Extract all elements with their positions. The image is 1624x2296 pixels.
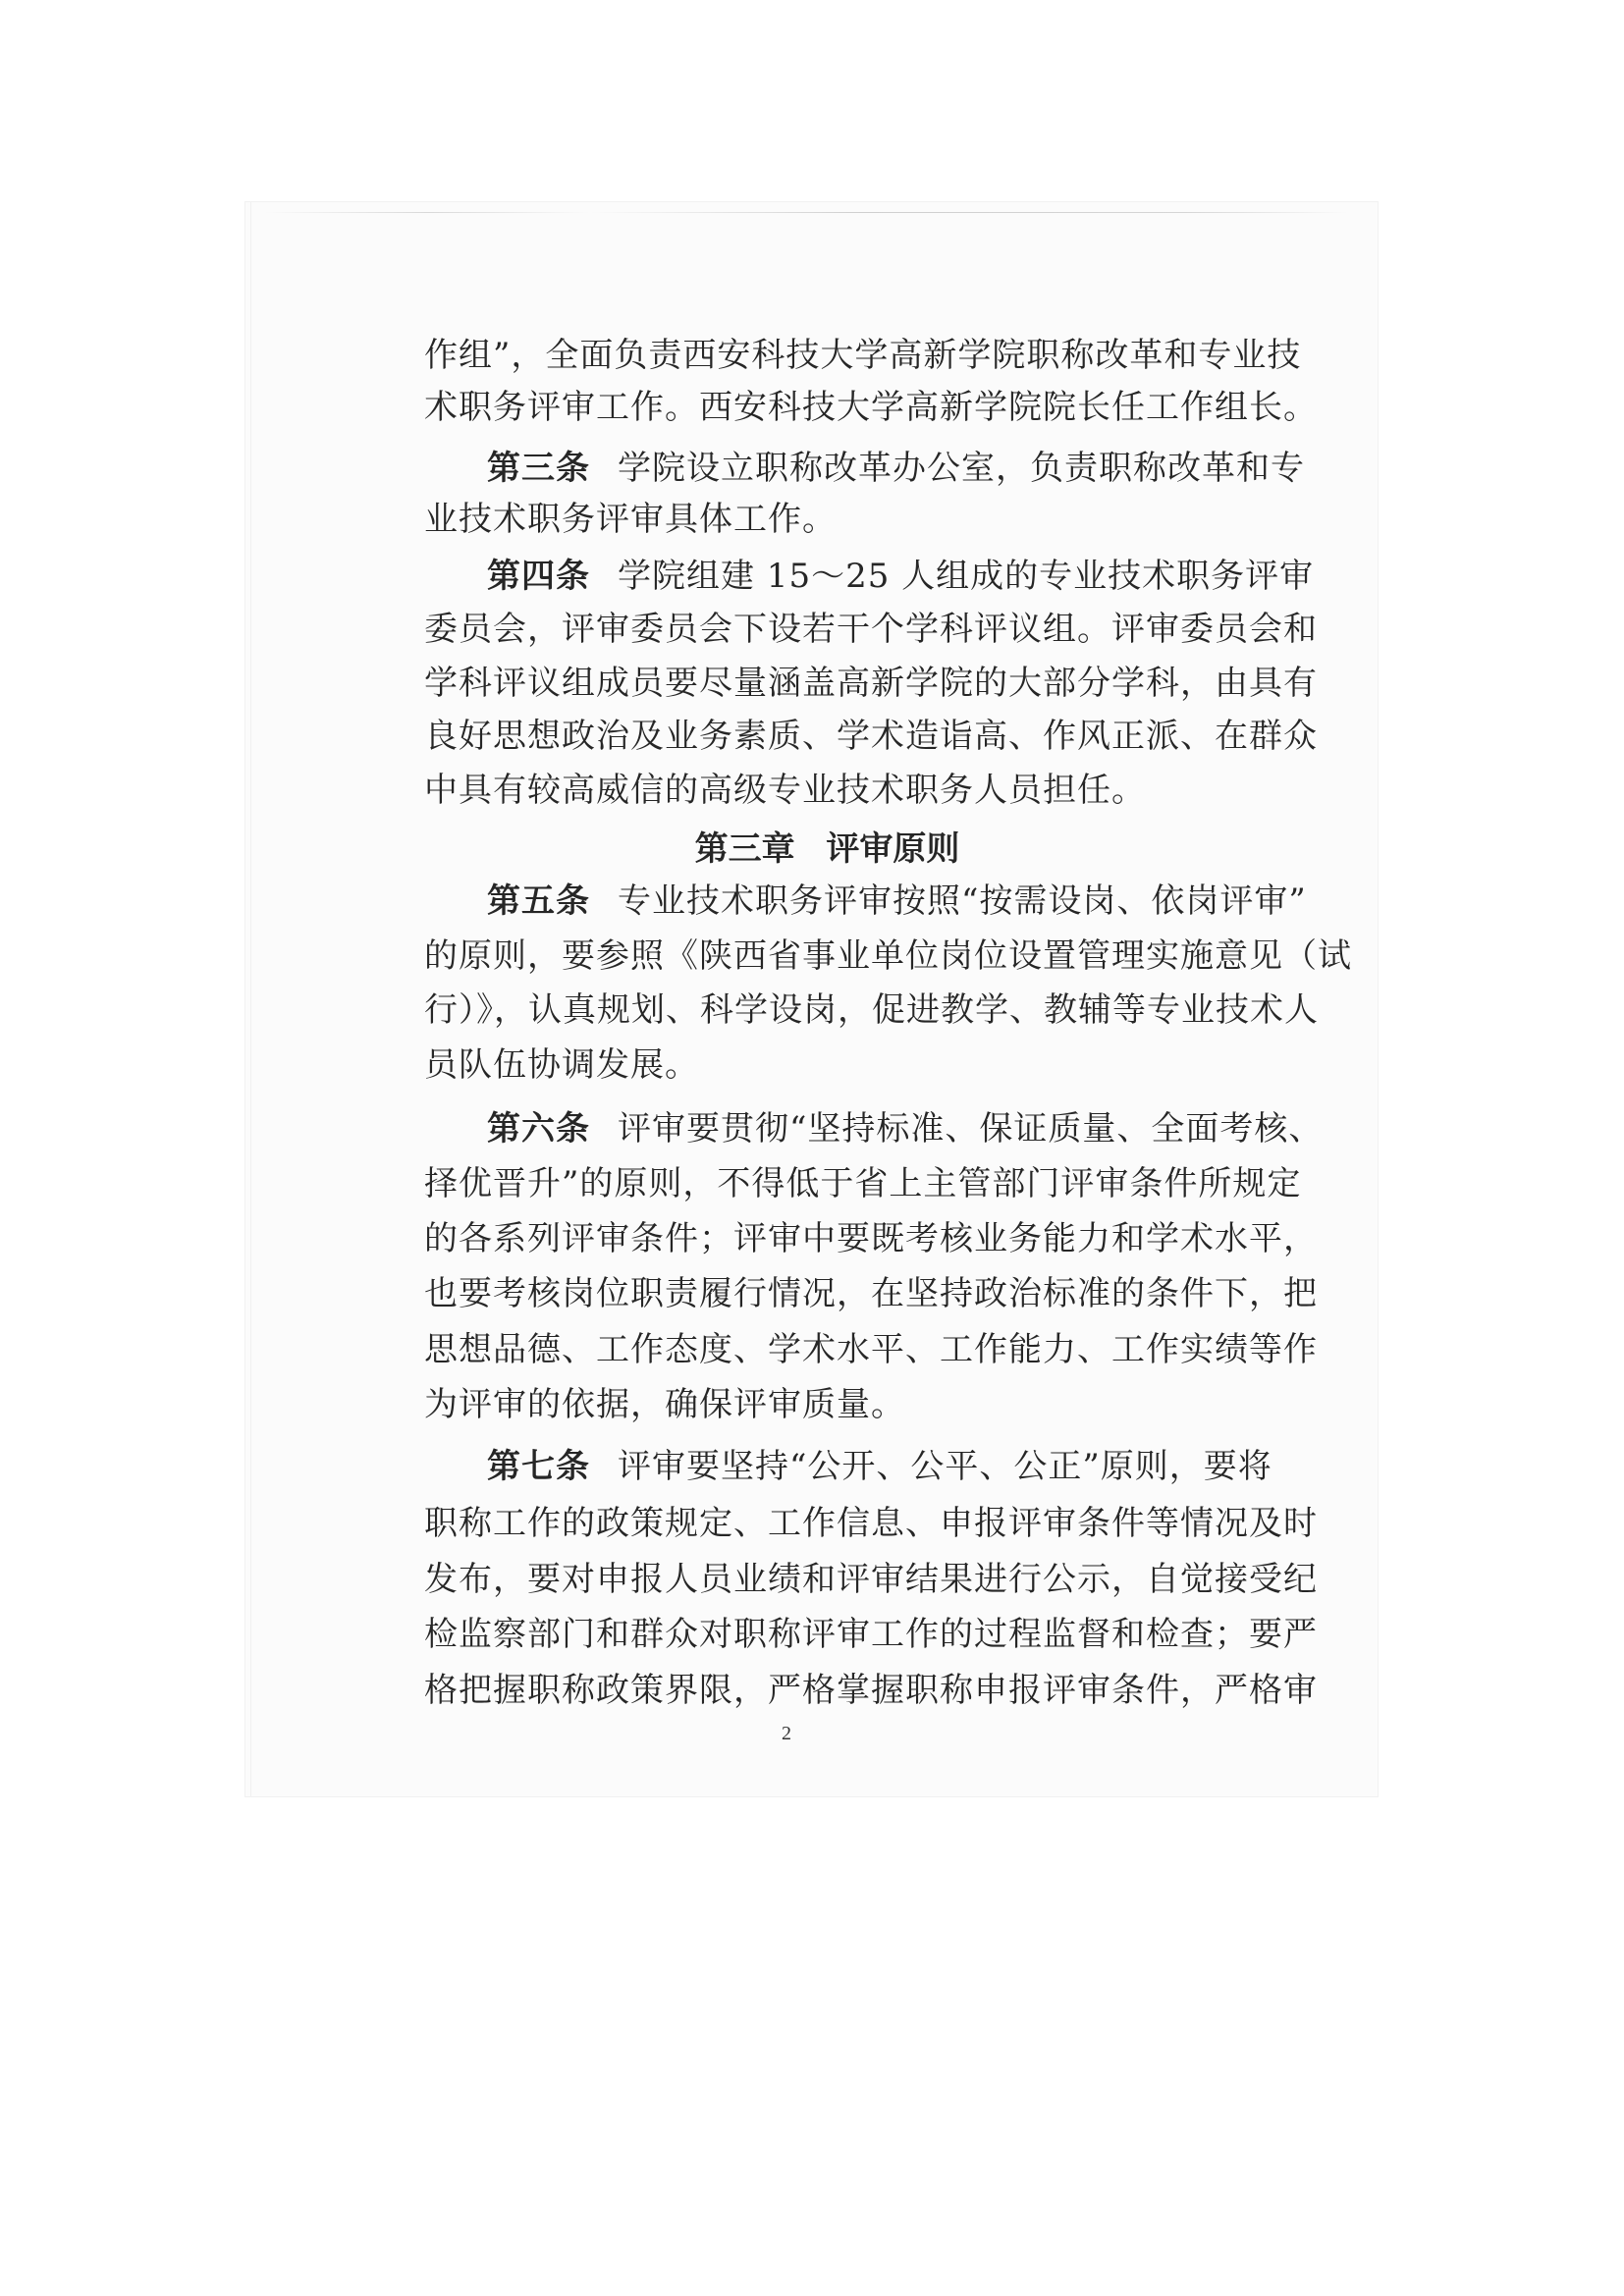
text-line: 格把握职称政策界限，严格掌握职称申报评审条件，严格审: [424, 1669, 1230, 1712]
text-line: 员队伍协调发展。: [424, 1043, 1230, 1087]
article-label: 第四条: [487, 557, 590, 596]
text-line: 职称工作的政策规定、工作信息、申报评审条件等情况及时: [424, 1502, 1230, 1545]
article-label: 第七条: [487, 1447, 590, 1486]
text-line: 术职务评审工作。西安科技大学高新学院院长任工作组长。: [424, 386, 1230, 429]
article-label: 第六条: [487, 1109, 590, 1148]
article-7-first-line: 第七条评审要坚持“公开、公平、公正”原则，要将: [487, 1445, 1230, 1488]
text-line: 委员会，评审委员会下设若干个学科评议组。评审委员会和: [424, 608, 1230, 651]
text-line: 中具有较高威信的高级专业技术职务人员担任。: [424, 769, 1230, 812]
chapter-heading: 第三章 评审原则: [424, 828, 1230, 871]
page-edge: [250, 202, 251, 1796]
page-fold-mark: [265, 212, 1348, 213]
article-3-first-line: 第三条学院设立职称改革办公室，负责职称改革和专: [487, 447, 1230, 490]
text-line: 作组”，全面负责西安科技大学高新学院职称改革和专业技: [424, 334, 1230, 377]
text-line: 行）》，认真规划、科学设岗，促进教学、教辅等专业技术人: [424, 988, 1230, 1032]
text-line: 检监察部门和群众对职称评审工作的过程监督和检查；要严: [424, 1613, 1230, 1656]
article-6-first-line: 第六条评审要贯彻“坚持标准、保证质量、全面考核、: [487, 1107, 1230, 1150]
article-label: 第五条: [487, 881, 590, 921]
article-5-first-line: 第五条专业技术职务评审按照“按需设岗、依岗评审”: [487, 880, 1230, 923]
article-label: 第三条: [487, 449, 590, 488]
text-line: 也要考核岗位职责履行情况，在坚持政治标准的条件下，把: [424, 1272, 1230, 1315]
article-4-first-line: 第四条学院组建 15～25 人组成的专业技术职务评审: [487, 555, 1230, 598]
text-line: 为评审的依据，确保评审质量。: [424, 1383, 1230, 1426]
text-line: 思想品德、工作态度、学术水平、工作能力、工作实绩等作: [424, 1328, 1230, 1371]
text-line: 择优晋升”的原则，不得低于省上主管部门评审条件所规定: [424, 1162, 1230, 1205]
page-number: 2: [782, 1723, 791, 1745]
text-line: 良好思想政治及业务素质、学术造诣高、作风正派、在群众: [424, 715, 1230, 758]
text-line: 业技术职务评审具体工作。: [424, 498, 1230, 541]
text-line: 学科评议组成员要尽量涵盖高新学院的大部分学科，由具有: [424, 662, 1230, 705]
text-line: 的各系列评审条件；评审中要既考核业务能力和学术水平，: [424, 1217, 1230, 1260]
text-line: 的原则，要参照《陕西省事业单位岗位设置管理实施意见（试: [424, 934, 1230, 978]
text-line: 发布，要对申报人员业绩和评审结果进行公示，自觉接受纪: [424, 1558, 1230, 1601]
